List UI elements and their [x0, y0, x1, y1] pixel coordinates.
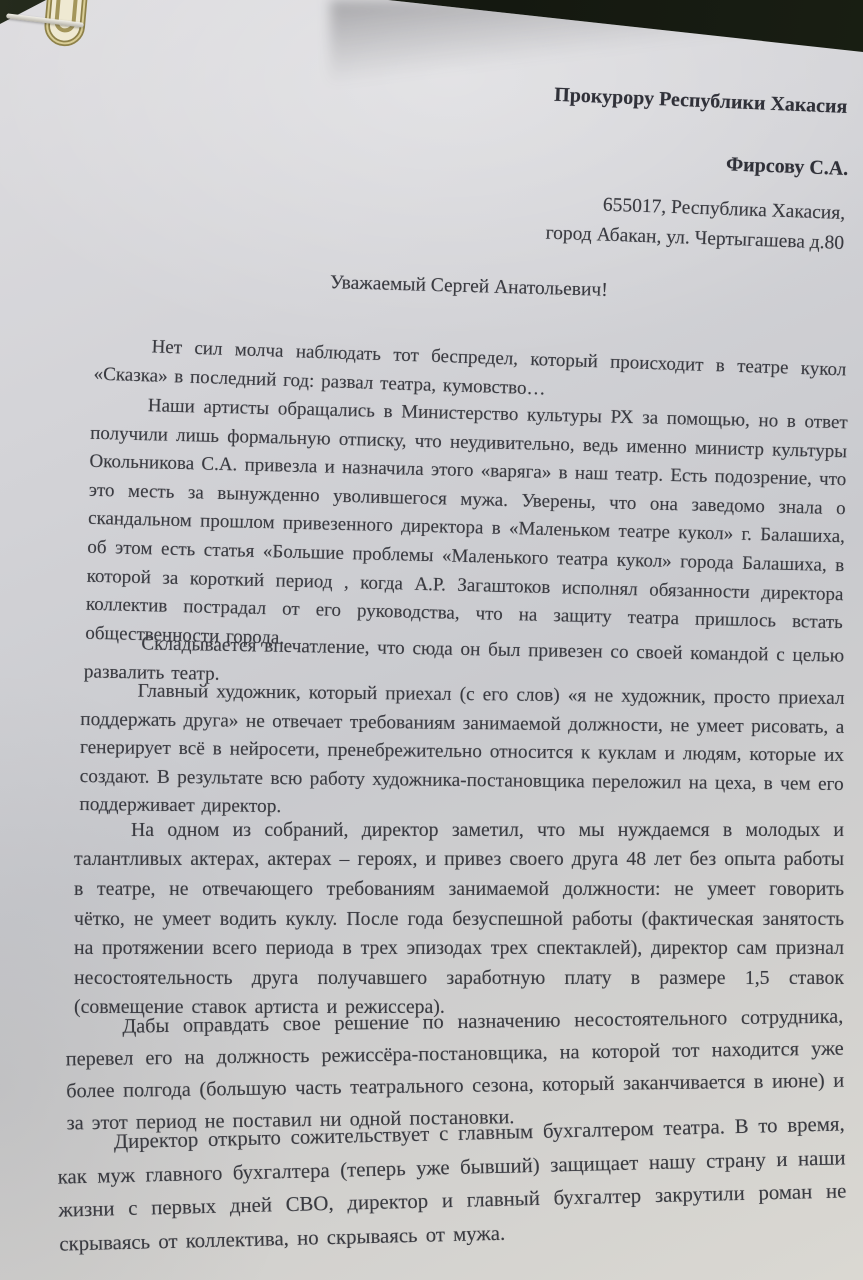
recipient-title: Прокурору Республики Хакасия: [553, 84, 847, 119]
paperclip: [22, 0, 142, 71]
letter-paragraph-5: На одном из собраний, директор заметил, …: [74, 816, 844, 1023]
paperclip-icon: [22, 0, 142, 66]
document-page: Прокурору Республики Хакасия Фирсову С.А…: [0, 0, 863, 1280]
letter-paragraph-7: Директор открыто сожительствует с главны…: [56, 1107, 847, 1260]
letter-paragraph-2: Наши артисты обращались в Министерство к…: [85, 391, 848, 667]
letter-paragraph-4: Главный художник, который приехал (с его…: [79, 677, 844, 828]
salutation: Уважаемый Сергей Анатольевич!: [330, 272, 608, 302]
recipient-address: 655017, Республика Хакасия, город Абакан…: [546, 189, 847, 259]
photo-of-letter: Прокурору Республики Хакасия Фирсову С.А…: [0, 0, 863, 1280]
recipient-name: Фирсову С.А.: [725, 153, 848, 181]
